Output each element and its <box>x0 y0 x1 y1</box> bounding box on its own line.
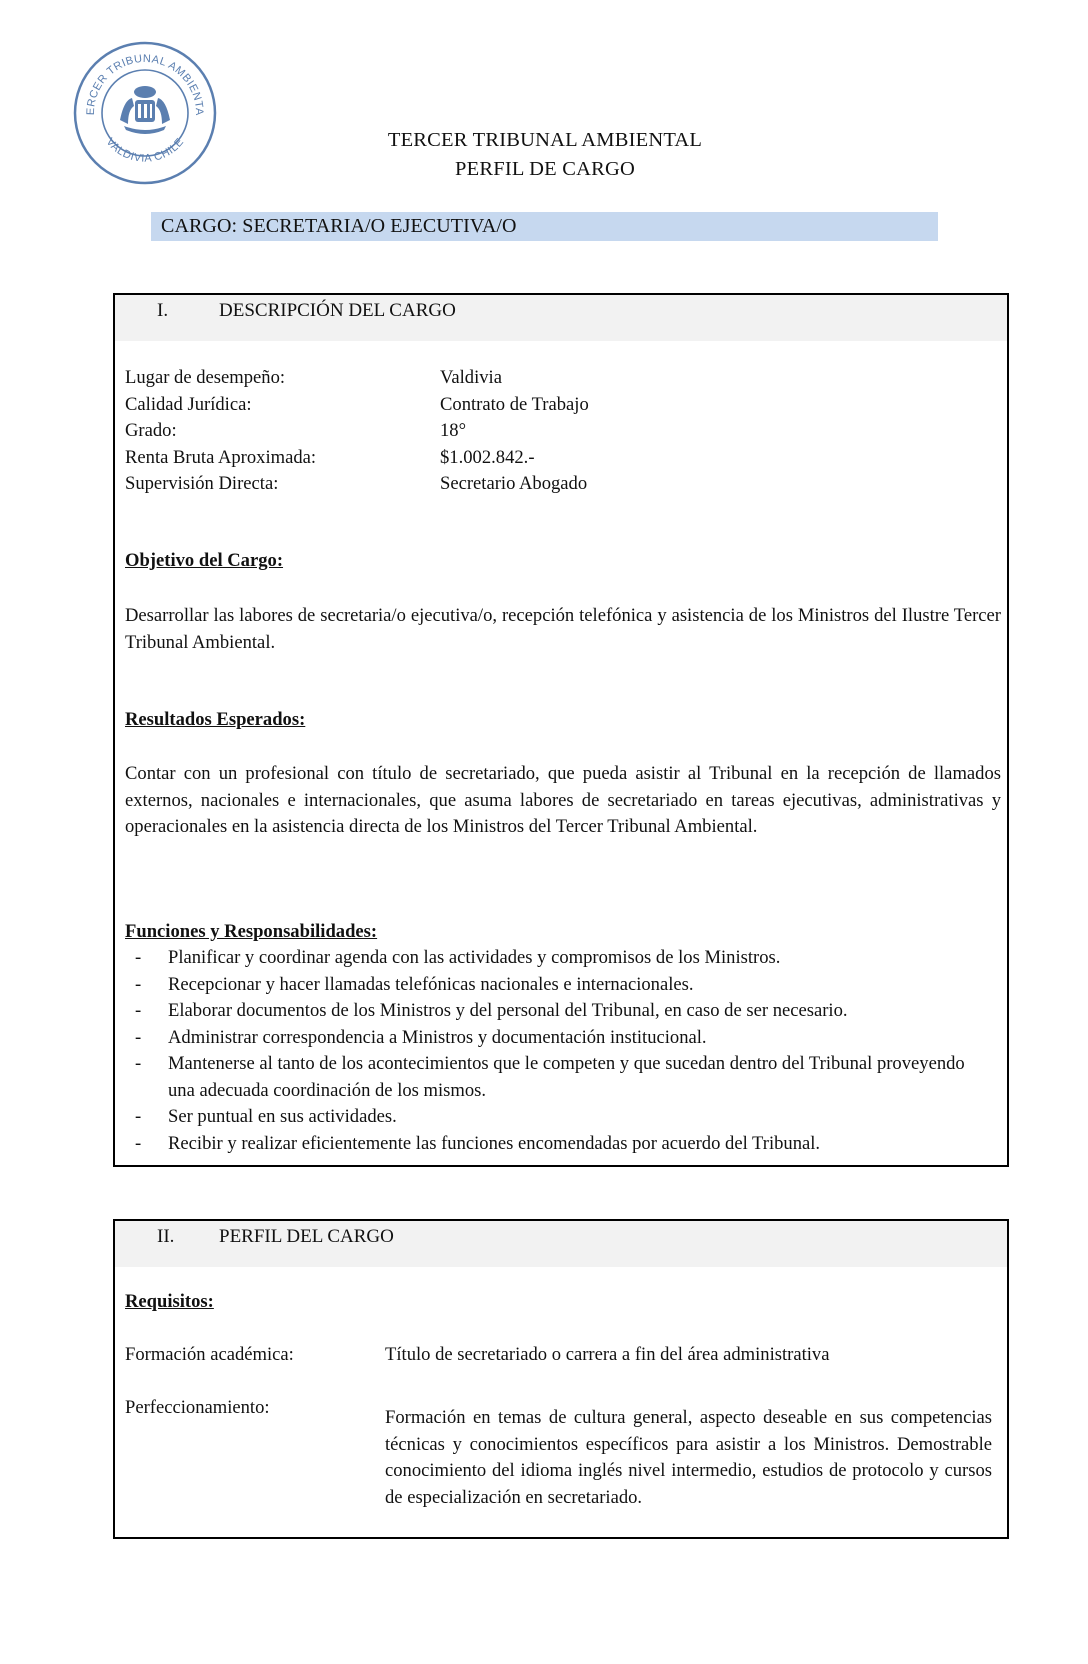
list-item: -Planificar y coordinar agenda con las a… <box>125 945 1001 972</box>
title-institution: TERCER TRIBUNAL AMBIENTAL <box>300 126 790 155</box>
list-item: -Administrar correspondencia a Ministros… <box>125 1025 1001 1052</box>
svg-text:VALDIVIA CHILE: VALDIVIA CHILE <box>104 136 187 165</box>
bullet-dash: - <box>135 1051 141 1078</box>
seal-emblem-icon: TERCER TRIBUNAL AMBIENTAL VALDIVIA CHILE <box>72 40 218 186</box>
bullet-dash: - <box>135 1131 141 1158</box>
field-label: Grado: <box>125 418 177 445</box>
section-number: I. <box>157 300 168 322</box>
list-item-text: Administrar correspondencia a Ministros … <box>168 1027 707 1048</box>
list-item-text: Elaborar documentos de los Ministros y d… <box>168 1000 848 1021</box>
section-perfil-del-cargo: II. PERFIL DEL CARGO Requisitos: Formaci… <box>113 1219 1009 1539</box>
perfeccionamiento-value: Formación en temas de cultura general, a… <box>385 1405 992 1511</box>
bullet-dash: - <box>135 945 141 972</box>
field-value: Contrato de Trabajo <box>440 392 589 419</box>
cargo-band: CARGO: SECRETARIA/O EJECUTIVA/O <box>151 212 938 241</box>
field-row: Calidad Jurídica: Contrato de Trabajo <box>115 392 1007 419</box>
bullet-dash: - <box>135 998 141 1025</box>
field-label: Lugar de desempeño: <box>125 365 285 392</box>
field-row: Grado: 18° <box>115 418 1007 445</box>
funciones-list: -Planificar y coordinar agenda con las a… <box>125 945 1001 1157</box>
list-item-text: Recepcionar y hacer llamadas telefónicas… <box>168 974 694 995</box>
tribunal-seal-logo: TERCER TRIBUNAL AMBIENTAL VALDIVIA CHILE <box>72 40 218 186</box>
field-row: Renta Bruta Aproximada: $1.002.842.- <box>115 445 1007 472</box>
field-label: Calidad Jurídica: <box>125 392 252 419</box>
resultados-text: Contar con un profesional con título de … <box>125 761 1001 841</box>
perfeccionamiento-label: Perfeccionamiento: <box>125 1395 270 1422</box>
bullet-dash: - <box>135 1025 141 1052</box>
section-title: DESCRIPCIÓN DEL CARGO <box>219 300 456 322</box>
list-item: -Elaborar documentos de los Ministros y … <box>125 998 1001 1025</box>
list-item-text: Recibir y realizar eficientemente las fu… <box>168 1133 820 1154</box>
section-number: II. <box>157 1226 174 1248</box>
list-item: -Recepcionar y hacer llamadas telefónica… <box>125 972 1001 999</box>
objetivo-heading: Objetivo del Cargo: <box>125 548 283 575</box>
list-item: -Recibir y realizar eficientemente las f… <box>125 1131 1001 1158</box>
formacion-label: Formación académica: <box>125 1342 294 1369</box>
list-item: -Ser puntual en sus actividades. <box>125 1104 1001 1131</box>
section-descripcion-del-cargo: I. DESCRIPCIÓN DEL CARGO Lugar de desemp… <box>113 293 1009 1167</box>
requisitos-heading: Requisitos: <box>125 1289 214 1316</box>
bullet-dash: - <box>135 972 141 999</box>
field-value: Secretario Abogado <box>440 471 587 498</box>
field-row: Lugar de desempeño: Valdivia <box>115 365 1007 392</box>
field-value: Valdivia <box>440 365 502 392</box>
list-item-text: Ser puntual en sus actividades. <box>168 1106 397 1127</box>
formacion-value: Título de secretariado o carrera a fin d… <box>385 1342 992 1369</box>
document-title: TERCER TRIBUNAL AMBIENTAL PERFIL DE CARG… <box>300 126 790 184</box>
list-item: -Mantenerse al tanto de los acontecimien… <box>125 1051 1001 1104</box>
list-item-text: Planificar y coordinar agenda con las ac… <box>168 947 780 968</box>
field-value: 18° <box>440 418 466 445</box>
section-title: PERFIL DEL CARGO <box>219 1226 394 1248</box>
resultados-heading: Resultados Esperados: <box>125 707 305 734</box>
field-label: Renta Bruta Aproximada: <box>125 445 316 472</box>
section-header: I. DESCRIPCIÓN DEL CARGO <box>115 295 1007 341</box>
field-row: Supervisión Directa: Secretario Abogado <box>115 471 1007 498</box>
title-document-type: PERFIL DE CARGO <box>300 155 790 184</box>
list-item-text: Mantenerse al tanto de los acontecimient… <box>168 1053 965 1101</box>
objetivo-text: Desarrollar las labores de secretaria/o … <box>125 603 1001 656</box>
field-label: Supervisión Directa: <box>125 471 278 498</box>
field-value: $1.002.842.- <box>440 445 535 472</box>
funciones-heading: Funciones y Responsabilidades: <box>125 919 377 946</box>
bullet-dash: - <box>135 1104 141 1131</box>
field-list: Lugar de desempeño: Valdivia Calidad Jur… <box>115 365 1007 498</box>
section-header: II. PERFIL DEL CARGO <box>115 1221 1007 1267</box>
